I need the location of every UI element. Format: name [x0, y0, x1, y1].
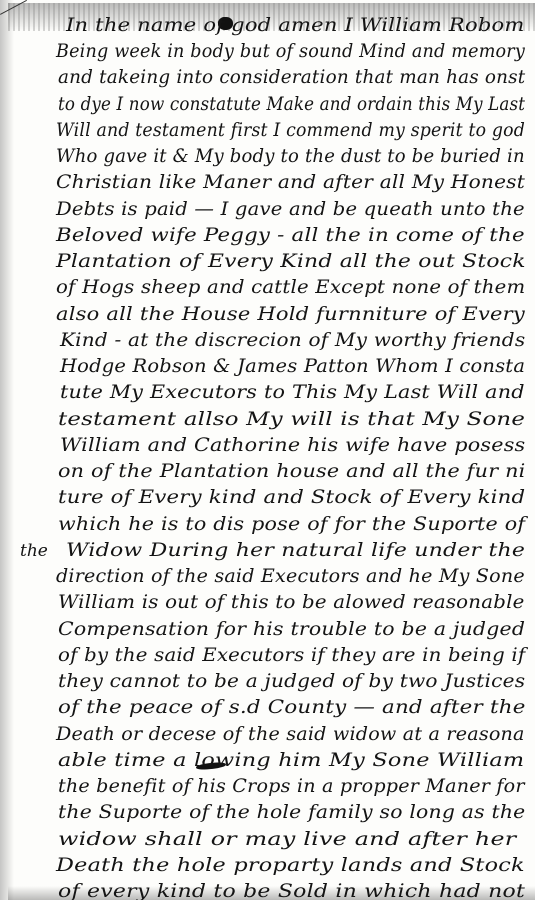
manuscript-line: Plantation of Every Kind all the out Sto… [56, 250, 526, 272]
manuscript-line: able time a lowing him My Sone William [58, 749, 524, 771]
manuscript-line: direction of the said Executors and he M… [56, 565, 525, 587]
manuscript-line: which he is to dis pose of for the Supor… [58, 513, 525, 535]
manuscript-line: Widow During her natural life under the [66, 539, 525, 561]
manuscript-line: ture of Every kind and Stock of Every ki… [58, 486, 525, 508]
manuscript-line: and takeing into consideration that man … [58, 66, 525, 88]
scanned-manuscript-page: In the name of god amen I William Robom … [0, 0, 535, 900]
manuscript-line: they cannot to be a judged of by two Jus… [58, 670, 525, 692]
manuscript-line: Who gave it & My body to the dust to be … [56, 145, 525, 167]
manuscript-line: of every kind to be Sold in which had no… [58, 880, 525, 900]
manuscript-line: tute My Executors to This My Last Will a… [60, 381, 525, 403]
manuscript-line: Being week in body but of sound Mind and… [56, 40, 525, 62]
manuscript-line: Compensation for his trouble to be a jud… [58, 618, 525, 640]
manuscript-line: Hodge Robson & James Patton Whom I const… [60, 355, 525, 377]
manuscript-line: Kind - at the discrecion of My worthy fr… [60, 329, 525, 351]
manuscript-line: William is out of this to be alowed reas… [58, 591, 525, 613]
manuscript-line: the Suporte of the hole family so long a… [58, 801, 525, 823]
manuscript-line: Beloved wife Peggy - all the in come of … [56, 224, 525, 246]
manuscript-line: of the peace of s.d County — and after t… [58, 696, 526, 718]
manuscript-line: also all the House Hold furnniture of Ev… [56, 303, 525, 325]
margin-note: the [20, 541, 48, 561]
manuscript-line: Death the hole proparty lands and Stock [56, 854, 525, 876]
manuscript-line: Debts is paid — I gave and be queath unt… [56, 198, 525, 220]
manuscript-line: In the name of god amen I William Robom [66, 14, 525, 36]
manuscript-line: to dye I now constatute Make and ordain … [58, 93, 525, 115]
will-text: In the name of god amen I William Robom … [0, 0, 535, 900]
manuscript-line: Will and testament first I commend my sp… [56, 119, 525, 141]
manuscript-line: Death or decese of the said widow at a r… [56, 723, 525, 745]
manuscript-line: William and Cathorine his wife have pose… [60, 434, 525, 456]
manuscript-line: Christian like Maner and after all My Ho… [56, 171, 525, 193]
manuscript-line: the benefit of his Crops in a propper Ma… [58, 775, 525, 797]
manuscript-line: on of the Plantation house and all the f… [58, 460, 526, 482]
manuscript-line: of Hogs sheep and cattle Except none of … [56, 276, 525, 298]
manuscript-line: of by the said Executors if they are in … [58, 644, 525, 666]
manuscript-line: widow shall or may live and after her [58, 828, 516, 850]
manuscript-line: testament allso My will is that My Sone [58, 408, 525, 430]
